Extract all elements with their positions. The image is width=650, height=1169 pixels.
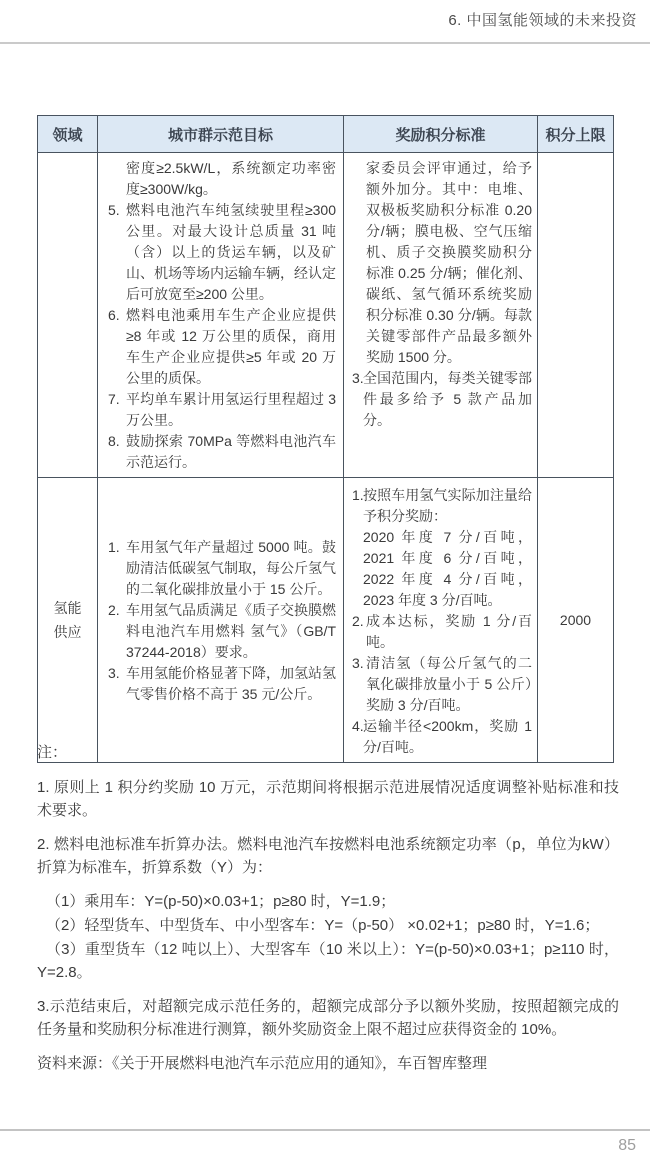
item-number: 5. [108, 200, 120, 221]
item-number: 6. [108, 305, 120, 326]
header-rule [0, 42, 650, 44]
list-item: 6. 燃料电池乘用车生产企业应提供≥8 年或 12 万公里的质保，商用车生产企业… [108, 305, 336, 389]
domain-text: 供应 [39, 620, 96, 644]
list-item: 3. 全国范围内，每类关键零部件最多给予 5 款产品加分。 [352, 368, 532, 431]
note-2: 2. 燃料电池标准车折算办法。燃料电池汽车按燃料电池系统额定功率（p，单位为kW… [37, 833, 619, 879]
item-text: 车用氢气年产量超过 5000 吨。鼓励清洁低碳氢气制取，每公斤氢气的二氧化碳排放… [126, 539, 336, 597]
item-text: 燃料电池乘用车生产企业应提供≥8 年或 12 万公里的质保，商用车生产企业应提供… [126, 307, 336, 386]
column-header-rewards: 奖励积分标准 [344, 116, 538, 153]
note-2-sub-1: （1）乘用车：Y=(p-50)×0.03+1；p≥80 时，Y=1.9； [37, 890, 619, 913]
list-item: 3. 清洁氢（每公斤氢气的二氧化碳排放量小于 5 公斤）奖励 3 分/百吨。 [352, 653, 532, 716]
column-header-goals: 城市群示范目标 [98, 116, 344, 153]
item-text: 成本达标，奖励 1 分/百吨。 [366, 613, 532, 650]
document-page: 6. 中国氢能领域的未来投资 领域 城市群示范目标 奖励积分标准 积分上限 [0, 0, 650, 1169]
item-text: 车用氢能价格显著下降，加氢站氢气零售价格不高于 35 元/公斤。 [126, 665, 336, 702]
list-item: 2. 车用氢气品质满足《质子交换膜燃料电池汽车用燃料 氢气》（GB/T 3724… [108, 600, 336, 663]
item-number: 3. [352, 368, 364, 389]
domain-cell [38, 153, 98, 478]
cap-cell: 2000 [538, 478, 614, 763]
item-text: 全国范围内，每类关键零部件最多给予 5 款产品加分。 [363, 370, 532, 428]
list-item: 8. 鼓励探索 70MPa 等燃料电池汽车示范运行。 [108, 431, 336, 473]
note-3: 3.示范结束后，对超额完成示范任务的，超额完成部分予以额外奖励，按照超额完成的任… [37, 995, 619, 1041]
item-number: 2. [352, 611, 364, 632]
domain-text: 氢能 [39, 596, 96, 620]
list-item: 家委员会评审通过，给予额外加分。其中：电堆、双极板奖励积分标准 0.20 分/辆… [352, 158, 532, 368]
item-text: 车用氢气品质满足《质子交换膜燃料电池汽车用燃料 氢气》（GB/T 37244-2… [126, 602, 336, 660]
table-header-row: 领域 城市群示范目标 奖励积分标准 积分上限 [38, 116, 614, 153]
cap-cell [538, 153, 614, 478]
rewards-cell: 家委员会评审通过，给予额外加分。其中：电堆、双极板奖励积分标准 0.20 分/辆… [344, 153, 538, 478]
item-text: 清洁氢（每公斤氢气的二氧化碳排放量小于 5 公斤）奖励 3 分/百吨。 [366, 655, 532, 713]
page-number: 85 [618, 1137, 636, 1155]
note-1: 1. 原则上 1 积分约奖励 10 万元，示范期间将根据示范进展情况适度调整补贴… [37, 776, 619, 822]
item-number: 8. [108, 431, 120, 452]
item-text: 燃料电池汽车纯氢续驶里程≥300 公里。对最大设计总质量 31 吨（含）以上的货… [126, 202, 336, 302]
column-header-cap: 积分上限 [538, 116, 614, 153]
footer-rule [0, 1129, 650, 1131]
goals-cell: 1. 车用氢气年产量超过 5000 吨。鼓励清洁低碳氢气制取，每公斤氢气的二氧化… [98, 478, 344, 763]
notes-label: 注： [37, 741, 619, 764]
item-number: 1. [352, 485, 364, 506]
item-number: 3. [108, 663, 120, 684]
rewards-cell: 1. 按照车用氢气实际加注量给予积分奖励： 2020 年度 7 分/百吨，202… [344, 478, 538, 763]
list-item: 5. 燃料电池汽车纯氢续驶里程≥300 公里。对最大设计总质量 31 吨（含）以… [108, 200, 336, 305]
item-number: 1. [108, 537, 120, 558]
item-text: 家委员会评审通过，给予额外加分。其中：电堆、双极板奖励积分标准 0.20 分/辆… [366, 160, 532, 365]
demonstration-goals-table: 领域 城市群示范目标 奖励积分标准 积分上限 密度≥2.5kW/L，系统额定功率… [37, 115, 614, 763]
item-number: 3. [352, 653, 364, 674]
item-text: 按照车用氢气实际加注量给予积分奖励： [363, 487, 532, 524]
item-text: 密度≥2.5kW/L，系统额定功率密度≥300W/kg。 [126, 160, 336, 197]
item-subtext: 2020 年度 7 分/百吨，2021 年度 6 分/百吨，2022 年度 4 … [363, 527, 532, 611]
domain-cell: 氢能 供应 [38, 478, 98, 763]
table-row: 氢能 供应 1. 车用氢气年产量超过 5000 吨。鼓励清洁低碳氢气制取，每公斤… [38, 478, 614, 763]
note-2-sub-2: （2）轻型货车、中型货车、中小型客车：Y=（p-50） ×0.02+1；p≥80… [37, 914, 619, 937]
notes-section: 注： 1. 原则上 1 积分约奖励 10 万元，示范期间将根据示范进展情况适度调… [37, 741, 619, 1075]
note-2-sub-3: （3）重型货车（12 吨以上）、大型客车（10 米以上）：Y=(p-50)×0.… [37, 938, 619, 984]
goals-cell: 密度≥2.5kW/L，系统额定功率密度≥300W/kg。 5. 燃料电池汽车纯氢… [98, 153, 344, 478]
item-number: 7. [108, 389, 120, 410]
column-header-domain: 领域 [38, 116, 98, 153]
list-item: 3. 车用氢能价格显著下降，加氢站氢气零售价格不高于 35 元/公斤。 [108, 663, 336, 705]
list-item: 2. 成本达标，奖励 1 分/百吨。 [352, 611, 532, 653]
list-item: 密度≥2.5kW/L，系统额定功率密度≥300W/kg。 [108, 158, 336, 200]
item-number: 2. [108, 600, 120, 621]
list-item: 1. 车用氢气年产量超过 5000 吨。鼓励清洁低碳氢气制取，每公斤氢气的二氧化… [108, 537, 336, 600]
list-item: 1. 按照车用氢气实际加注量给予积分奖励： 2020 年度 7 分/百吨，202… [352, 485, 532, 611]
item-number: 4. [352, 716, 364, 737]
table-row: 密度≥2.5kW/L，系统额定功率密度≥300W/kg。 5. 燃料电池汽车纯氢… [38, 153, 614, 478]
item-text: 鼓励探索 70MPa 等燃料电池汽车示范运行。 [126, 433, 336, 470]
source-line: 资料来源：《关于开展燃料电池汽车示范应用的通知》，车百智库整理 [37, 1052, 619, 1075]
item-text: 平均单车累计用氢运行里程超过 3 万公里。 [126, 391, 336, 428]
list-item: 7. 平均单车累计用氢运行里程超过 3 万公里。 [108, 389, 336, 431]
page-header-title: 6. 中国氢能领域的未来投资 [448, 9, 637, 30]
